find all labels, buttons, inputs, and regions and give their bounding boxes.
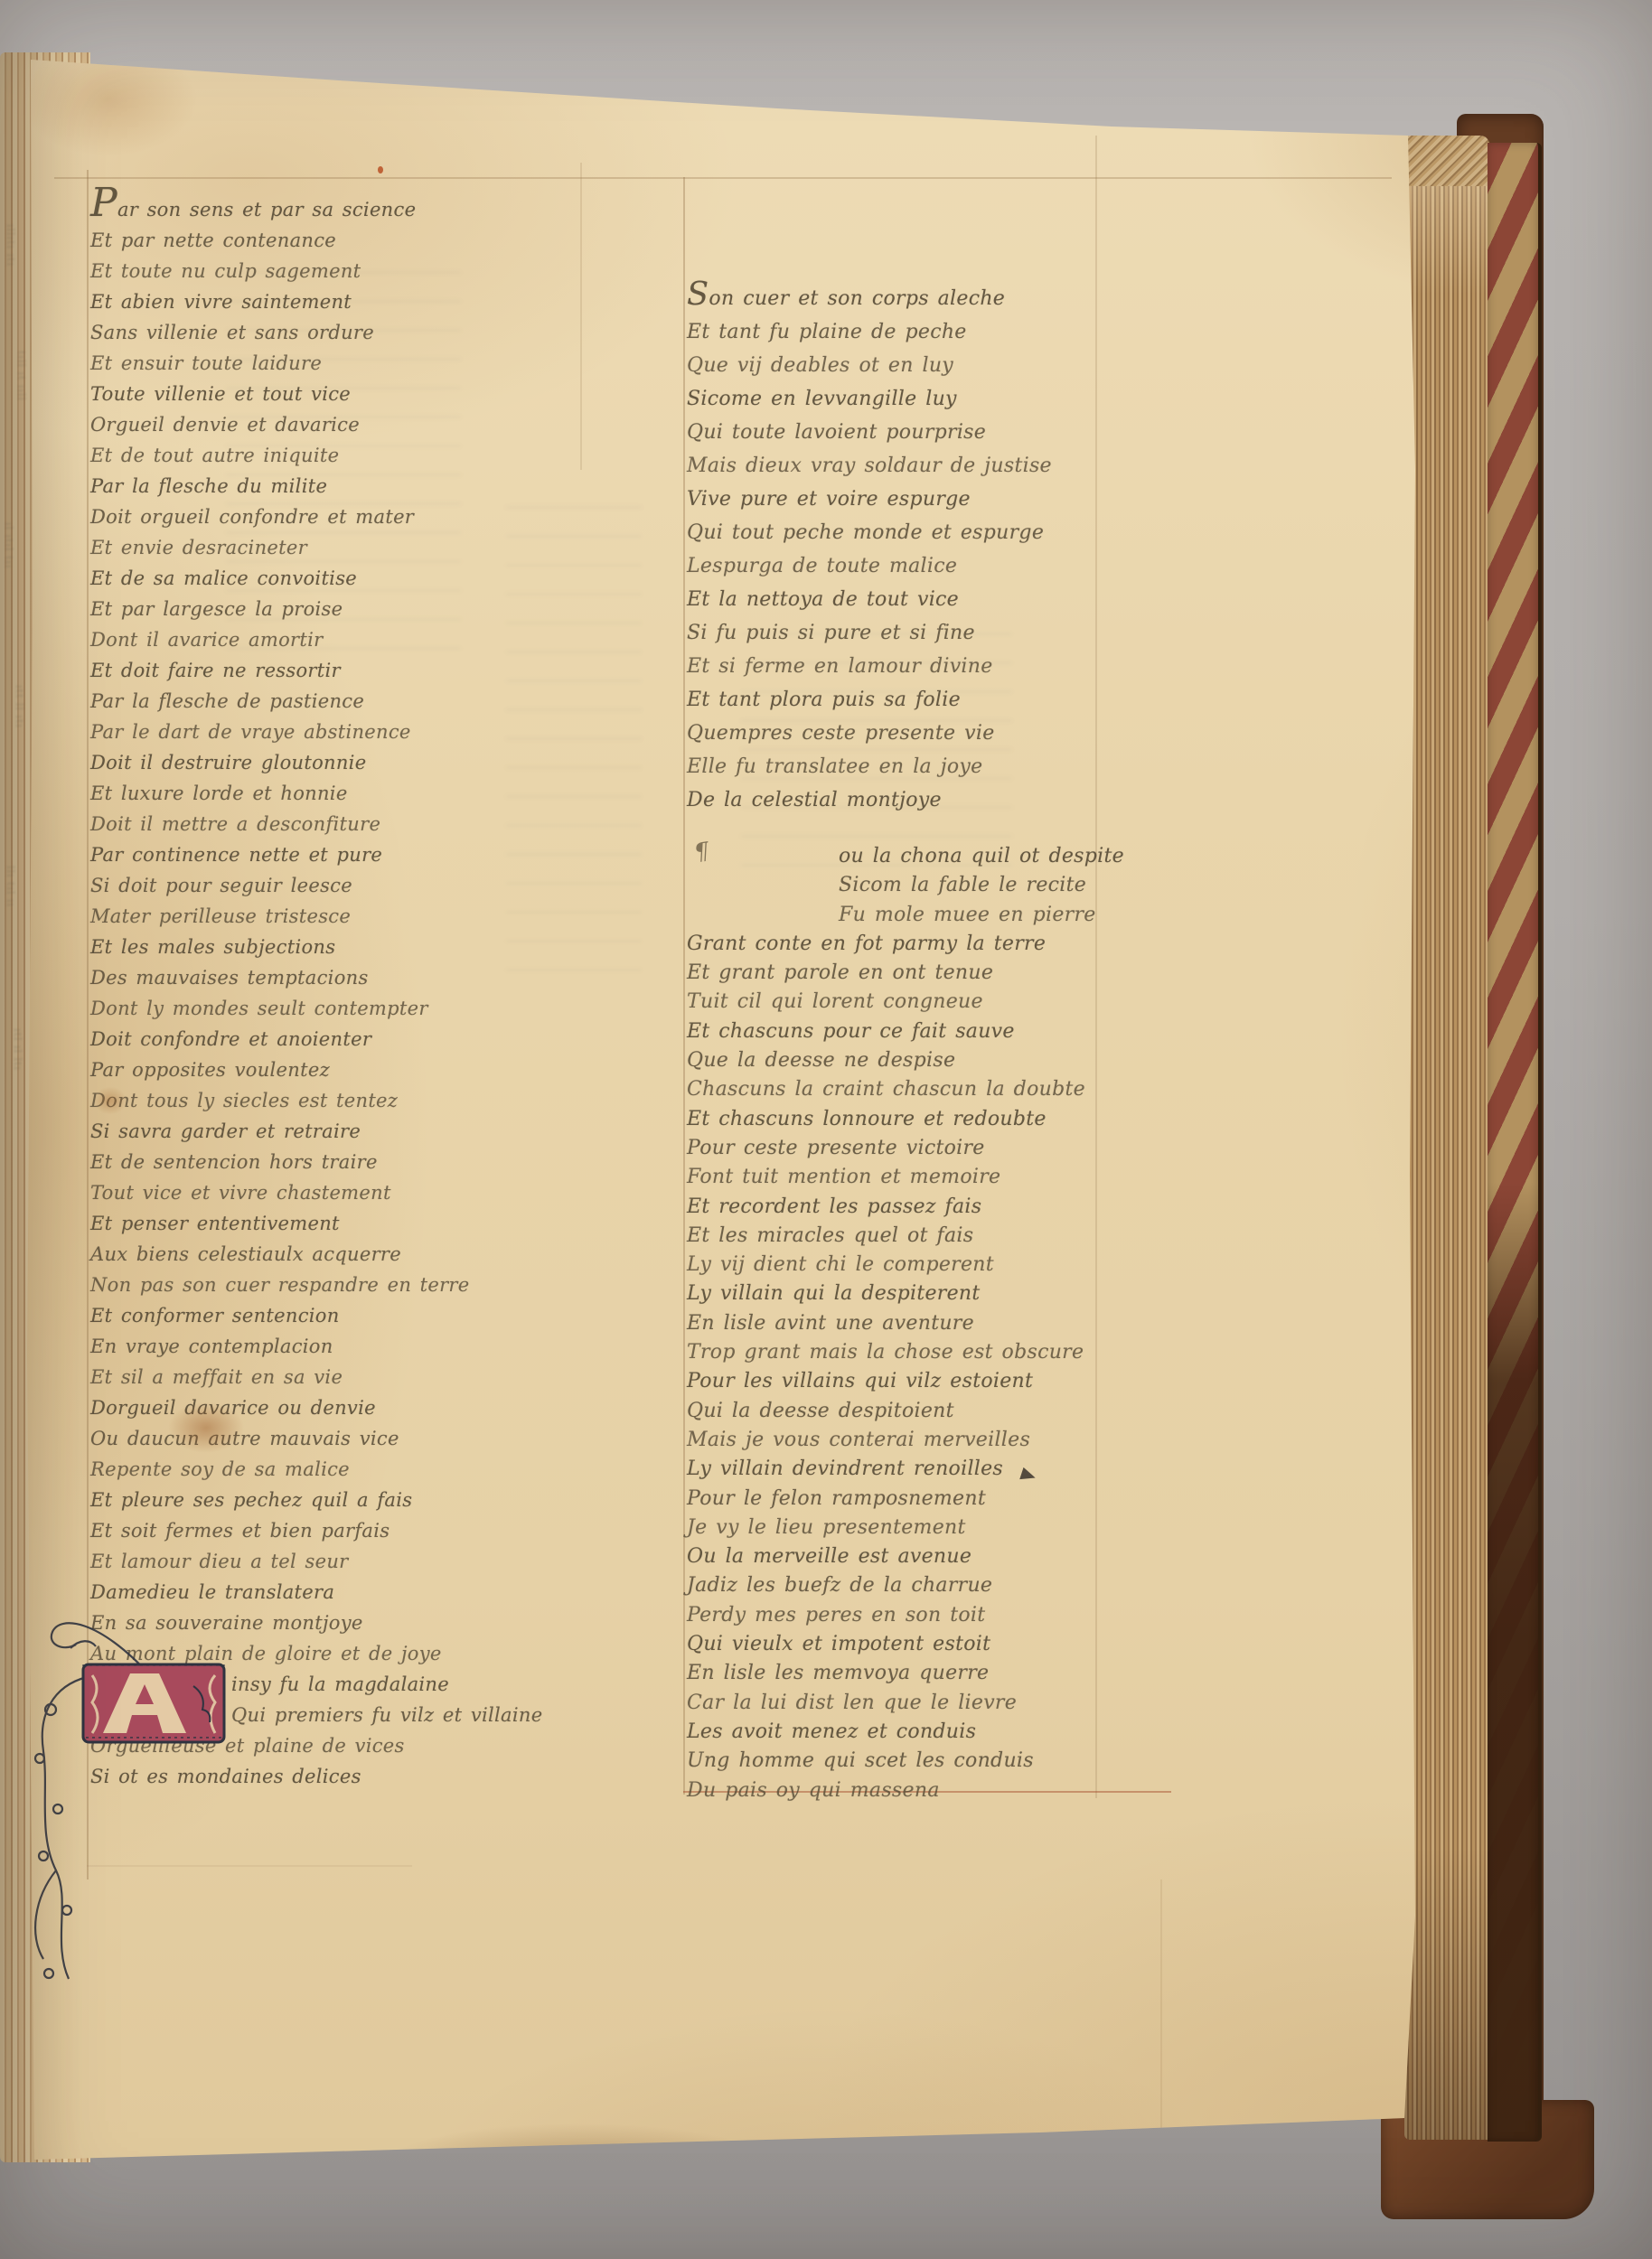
manuscript-line: Et la nettoya de tout vice xyxy=(687,583,1103,616)
manuscript-line: Ung homme qui scet les conduis xyxy=(687,1747,1112,1776)
manuscript-line: Qui toute lavoient pourprise xyxy=(687,416,1103,449)
manuscript-line: Non pas son cuer respandre en terre xyxy=(90,1270,425,1300)
manuscript-line: Que la deesse ne despise xyxy=(687,1046,1112,1075)
manuscript-line: Mater perilleuse tristesce xyxy=(90,901,425,932)
manuscript-line: Fu mole muee en pierre xyxy=(687,901,1112,930)
folio-number: 100 xyxy=(1300,94,1341,116)
manuscript-line: Doit orgueil confondre et mater xyxy=(90,501,425,532)
ruling-line-vertical xyxy=(683,177,685,1795)
manuscript-line: Tout vice et vivre chastement xyxy=(90,1177,425,1208)
manuscript-line: Et conformer sentencion xyxy=(90,1300,425,1331)
edge-text-fragment: llı tıl ıı xyxy=(5,866,16,907)
edge-text-fragment: ıtt ll ıtı xyxy=(14,685,25,728)
manuscript-line: Si savra garder et retraire xyxy=(90,1116,425,1147)
manuscript-line: Vive pure et voire espurge xyxy=(687,483,1103,516)
manuscript-line: Pour le felon ramposnement xyxy=(687,1485,1112,1514)
manuscript-line: Et recordent les passez fais xyxy=(687,1193,1112,1222)
manuscript-line: ou la chona quil ot despite xyxy=(687,842,1112,871)
manuscript-line: Et si ferme en lamour divine xyxy=(687,650,1103,683)
manuscript-line: Que vij deables ot en luy xyxy=(687,349,1103,382)
decorated-edge-chevron-pattern xyxy=(1488,143,1542,2142)
manuscript-line: Dont tous ly siecles est tentez xyxy=(90,1085,425,1116)
manuscript-line: Doit il destruire gloutonnie xyxy=(90,747,425,778)
manuscript-line: Damedieu le translatera xyxy=(90,1577,425,1608)
edge-text-fragment: ıllıtı ıtı xyxy=(5,224,16,267)
manuscript-line: Elle fu translatee en la joye xyxy=(687,750,1103,783)
manuscript-line: Des mauvaises temptacions xyxy=(90,962,425,993)
ruling-line-horizontal xyxy=(54,177,1392,179)
fore-edge-page-stack xyxy=(1404,186,1489,2140)
edge-text-fragment: ıl ıtıl tıı xyxy=(3,522,14,568)
manuscript-line: insy fu la magdalaine xyxy=(90,1669,425,1700)
manuscript-line: Dont ly mondes seult contempter xyxy=(90,993,425,1024)
manuscript-line: Aux biens celestiaulx acquerre xyxy=(90,1239,425,1270)
manuscript-line: Si fu puis si pure et si fine xyxy=(687,616,1103,650)
manuscript-photo: ıllıtı ıtı tıll ıt ııll ıl ıtıl tıı ıtt … xyxy=(0,0,1652,2259)
manuscript-line: Et tant plora puis sa folie xyxy=(687,683,1103,717)
manuscript-line: Et grant parole en ont tenue xyxy=(687,959,1112,988)
manuscript-line: Par continence nette et pure xyxy=(90,839,425,870)
manuscript-line: En vraye contemplacion xyxy=(90,1331,425,1362)
left-text-column: Par son sens et par sa scienceEt par net… xyxy=(90,193,425,1792)
edge-text-fragment: tıll ıt ııll xyxy=(15,351,27,401)
manuscript-line: Mais je vous conterai merveilles xyxy=(687,1426,1112,1455)
manuscript-line: Si doit pour seguir leesce xyxy=(90,870,425,901)
manuscript-line: Et ensuir toute laidure xyxy=(90,348,425,379)
manuscript-line: Sicome en levvangille luy xyxy=(687,382,1103,416)
manuscript-line: Et abien vivre saintement xyxy=(90,286,425,317)
manuscript-line: Par opposites voulentez xyxy=(90,1055,425,1085)
show-through-smudge xyxy=(506,506,642,976)
ruling-line-vertical xyxy=(1160,1879,1162,2151)
manuscript-line: Au mont plain de gloire et de joye xyxy=(90,1638,425,1669)
manuscript-line: Sicom la fable le recite xyxy=(687,871,1112,900)
manuscript-line: Orgueil denvie et davarice xyxy=(90,409,425,440)
manuscript-line: Et de sentencion hors traire xyxy=(90,1147,425,1177)
manuscript-line: Et de sa malice convoitise xyxy=(90,563,425,594)
manuscript-line: Et soit fermes et bien parfais xyxy=(90,1515,425,1546)
manuscript-line: Et sil a meffait en sa vie xyxy=(90,1362,425,1392)
manuscript-line: Font tuit mention et memoire xyxy=(687,1163,1112,1192)
manuscript-line: Et tant fu plaine de peche xyxy=(687,315,1103,349)
manuscript-line: Et chascuns pour ce fait sauve xyxy=(687,1017,1112,1046)
manuscript-line: Repente soy de sa malice xyxy=(90,1454,425,1485)
manuscript-line: Du pais oy qui massena xyxy=(687,1776,1112,1805)
manuscript-line: Ly vij dient chi le comperent xyxy=(687,1251,1112,1279)
manuscript-line: Et les males subjections xyxy=(90,932,425,962)
manuscript-line: Son cuer et son corps aleche xyxy=(687,282,1103,315)
manuscript-line: En lisle avint une aventure xyxy=(687,1309,1112,1338)
red-ink-speck xyxy=(378,166,383,173)
manuscript-line: En sa souveraine montjoye xyxy=(90,1608,425,1638)
manuscript-line: Dont il avarice amortir xyxy=(90,624,425,655)
manuscript-line: Par la flesche de pastience xyxy=(90,686,425,717)
manuscript-line: Doit il mettre a desconfiture xyxy=(90,809,425,839)
manuscript-line: Orgueilleuse et plaine de vices xyxy=(90,1730,425,1761)
manuscript-line: Et penser ententivement xyxy=(90,1208,425,1239)
manuscript-line: Pour les villains qui vilz estoient xyxy=(687,1367,1112,1396)
manuscript-line: Par son sens et par sa science xyxy=(90,193,425,225)
manuscript-line: Mais dieux vray soldaur de justise xyxy=(687,449,1103,483)
manuscript-line: De la celestial montjoye xyxy=(687,783,1103,817)
manuscript-line: Chascuns la craint chascun la doubte xyxy=(687,1075,1112,1104)
manuscript-line: Sans villenie et sans ordure xyxy=(90,317,425,348)
manuscript-line: Et lamour dieu a tel seur xyxy=(90,1546,425,1577)
manuscript-line: Si ot es mondaines delices xyxy=(90,1761,425,1792)
manuscript-line: Lespurga de toute malice xyxy=(687,549,1103,583)
manuscript-line: Trop grant mais la chose est obscure xyxy=(687,1338,1112,1367)
manuscript-line: Par le dart de vraye abstinence xyxy=(90,717,425,747)
manuscript-line: Car la lui dist len que le lievre xyxy=(687,1689,1112,1718)
manuscript-line: Par la flesche du milite xyxy=(90,471,425,501)
manuscript-line: Perdy mes peres en son toit xyxy=(687,1601,1112,1630)
manuscript-line: Grant conte en fot parmy la terre xyxy=(687,930,1112,959)
manuscript-line: Doit confondre et anoienter xyxy=(90,1024,425,1055)
right-text-column-block2: ou la chona quil ot despiteSicom la fabl… xyxy=(687,842,1112,1805)
ruling-line-vertical xyxy=(87,170,89,1879)
manuscript-line: Et chascuns lonnoure et redoubte xyxy=(687,1105,1112,1134)
right-text-column-block1: Son cuer et son corps alecheEt tant fu p… xyxy=(687,282,1103,817)
manuscript-line: Qui la deesse despitoient xyxy=(687,1397,1112,1426)
manuscript-line: Et pleure ses pechez quil a fais xyxy=(90,1485,425,1515)
manuscript-line: Ou la merveille est avenue xyxy=(687,1542,1112,1571)
manuscript-line: Et toute nu culp sagement xyxy=(90,256,425,286)
manuscript-line: Dorgueil davarice ou denvie xyxy=(90,1392,425,1423)
manuscript-line: Jadiz les buefz de la charrue xyxy=(687,1571,1112,1600)
manuscript-line: Les avoit menez et conduis xyxy=(687,1718,1112,1747)
edge-text-fragment: ıtl ıl ltı xyxy=(12,1028,23,1071)
manuscript-line: En lisle les memvoya querre xyxy=(687,1659,1112,1688)
manuscript-line: Tuit cil qui lorent congneue xyxy=(687,988,1112,1017)
manuscript-line: Et de tout autre iniquite xyxy=(90,440,425,471)
manuscript-line: Je vy le lieu presentement xyxy=(687,1514,1112,1542)
manuscript-line: Et les miracles quel ot fais xyxy=(687,1222,1112,1251)
manuscript-line: Qui tout peche monde et espurge xyxy=(687,516,1103,549)
manuscript-line: Et envie desracineter xyxy=(90,532,425,563)
manuscript-line: Ly villain qui la despiterent xyxy=(687,1279,1112,1308)
manuscript-line: Et par nette contenance xyxy=(90,225,425,256)
ruling-line-horizontal xyxy=(87,1865,412,1867)
manuscript-line: Pour ceste presente victoire xyxy=(687,1134,1112,1163)
manuscript-line: Et par largesce la proise xyxy=(90,594,425,624)
vellum-page: 100 Par son sens et par sa scienceEt par… xyxy=(0,0,1652,2259)
manuscript-line: Qui vieulx et impotent estoit xyxy=(687,1630,1112,1659)
manuscript-line: Ou daucun autre mauvais vice xyxy=(90,1423,425,1454)
ruling-line-vertical xyxy=(580,163,582,470)
manuscript-line: Qui premiers fu vilz et villaine xyxy=(90,1700,425,1730)
manuscript-line: Ly villain devindrent renoilles xyxy=(687,1455,1112,1484)
manuscript-line: Quempres ceste presente vie xyxy=(687,717,1103,750)
manuscript-line: Toute villenie et tout vice xyxy=(90,379,425,409)
manuscript-line: Et doit faire ne ressortir xyxy=(90,655,425,686)
manuscript-line: Et luxure lorde et honnie xyxy=(90,778,425,809)
